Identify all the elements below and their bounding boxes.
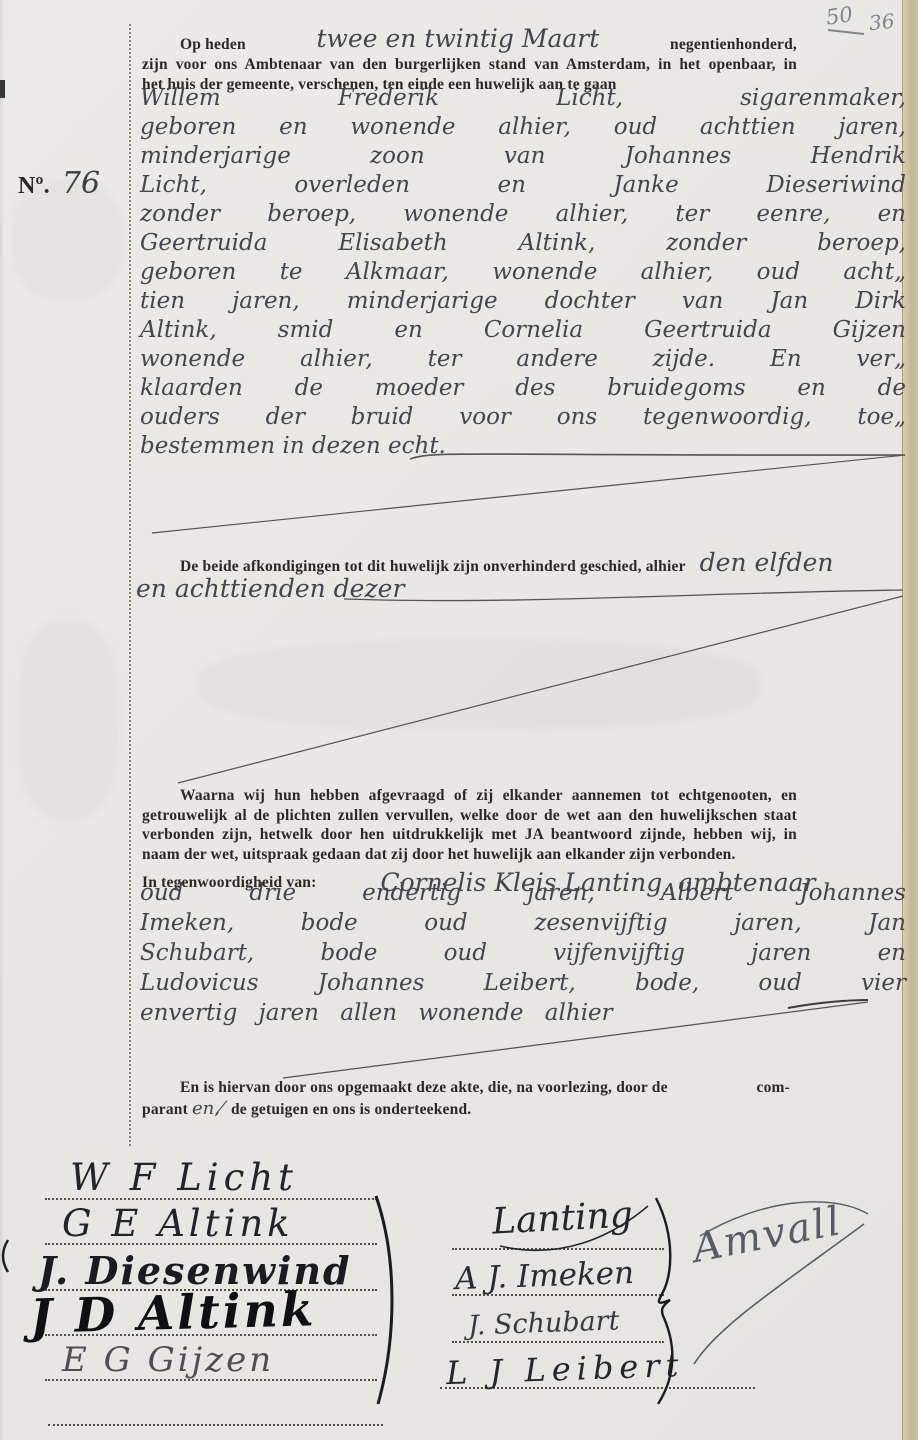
hw-line: geboren te Alkmaar, wonende alhier, oud …	[140, 258, 906, 287]
hw-line: Schubart, bode oud vijfenvijftig jaren e…	[140, 938, 906, 968]
closing-line1: En is hiervan door ons opgemaakt deze ak…	[142, 1078, 790, 1098]
closing-line1-text: En is hiervan door ons opgemaakt deze ak…	[180, 1078, 668, 1098]
page-left-edge	[0, 0, 4, 1440]
hw-line: minderjarige zoon van Johannes Hendrik	[140, 142, 906, 171]
witnesses-handwritten-block: oud drie endertig jaren, Albert Johannes…	[140, 878, 906, 1028]
hw-banns-date2: en achttienden dezer	[136, 574, 404, 603]
margin-dotted-rule	[129, 24, 131, 1146]
signature-groom: W F Licht	[70, 1156, 298, 1199]
intro-line1: Op heden twee en twintig Maart negentien…	[142, 26, 797, 55]
signature-official: Amvall	[689, 1198, 846, 1272]
signature-line	[48, 1424, 383, 1426]
closing-line2-start: parant	[142, 1101, 188, 1118]
vows-line3: verbonden zijn, hetwelk door hen uitdruk…	[142, 825, 797, 845]
banns-printed: De beide afkondigingen tot dit huwelijk …	[180, 558, 686, 575]
intro-prefix: Op heden	[180, 35, 246, 55]
signature-father-bride: J D Altink	[29, 1282, 317, 1344]
hw-banns-date1: den elfden	[700, 548, 834, 577]
marriage-certificate-page: { "colors":{"paper":"#e9e7e4","ink":"#46…	[0, 0, 918, 1440]
vows-line2: getrouwelijk al de plichten zullen vervu…	[142, 806, 797, 826]
hw-line: Willem Frederik Licht, sigarenmaker,	[140, 84, 906, 113]
act-number: Nº. 76	[18, 166, 100, 201]
signature-line	[452, 1248, 664, 1250]
hw-line: tien jaren, minderjarige dochter van Jan…	[140, 287, 906, 316]
closing-paragraph: En is hiervan door ons opgemaakt deze ak…	[142, 1078, 790, 1119]
closing-line1-end: com-	[756, 1078, 790, 1098]
act-number-value: 76	[62, 166, 100, 201]
strike-line	[152, 455, 905, 533]
signature-bride: G E Altink	[62, 1202, 294, 1245]
bleedthrough-smudge	[18, 620, 118, 820]
hw-line: wonende alhier, ter andere zijde. En ver…	[140, 345, 906, 374]
left-signatures-bracket	[376, 1196, 392, 1404]
hw-marriage-date: twee en twintig Maart	[246, 24, 670, 53]
hw-line: bestemmen in dezen echt.	[140, 432, 906, 461]
act-number-label: Nº.	[18, 173, 50, 199]
signature-line	[452, 1341, 664, 1343]
hw-line: Ludovicus Johannes Leibert, bode, oud vi…	[140, 968, 906, 998]
pencil-mark-right: 36	[868, 9, 896, 36]
hw-comparanten-suffix: en,⁄	[192, 1098, 223, 1119]
intro-year: negentienhonderd,	[670, 35, 797, 55]
hw-line: Geertruida Elisabeth Altink, zonder bero…	[140, 229, 906, 258]
signature-witness-imeken: A J. Imeken	[454, 1255, 634, 1297]
signature-witness-leibert: L J Leibert	[445, 1346, 685, 1392]
hw-line: geboren en wonende alhier, oud achttien …	[140, 113, 906, 142]
hw-line: Imeken, bode oud zesenvijftig jaren, Jan	[140, 908, 906, 938]
closing-line2: parant en,⁄ de getuigen en ons is ondert…	[142, 1098, 790, 1120]
hw-line: envertig jaren allen wonende alhier	[140, 998, 906, 1028]
bleedthrough-smudge	[200, 640, 760, 730]
pencil-underline	[828, 30, 864, 34]
vows-line1: Waarna wij hun hebben afgevraagd of zij …	[142, 786, 797, 806]
closing-line2-rest: de getuigen en ons is onderteekend.	[231, 1101, 471, 1118]
signature-mother-bride: E G Gijzen	[62, 1340, 274, 1380]
signature-witness-schubart: J. Schubart	[468, 1305, 620, 1341]
strike-line	[344, 590, 903, 601]
signature-witness-lanting: Lanting	[491, 1194, 634, 1242]
hw-line: Licht, overleden en Janke Dieseriwind	[140, 171, 906, 200]
parties-handwritten-block: Willem Frederik Licht, sigarenmaker, geb…	[140, 84, 906, 461]
pencil-mark-left: 50	[824, 2, 854, 29]
hw-line: ouders der bruid voor ons tegenwoordig, …	[140, 403, 906, 432]
hw-line: klaarden de moeder des bruidegoms en de	[140, 374, 906, 403]
vows-line4: naam der wet, uitspraak gedaan dat zij d…	[142, 845, 797, 865]
hw-line: oud drie endertig jaren, Albert Johannes	[140, 878, 906, 908]
hw-line: zonder beroep, wonende alhier, ter eenre…	[140, 200, 906, 229]
banns-line: De beide afkondigingen tot dit huwelijk …	[142, 548, 908, 577]
hw-line: Altink, smid en Cornelia Geertruida Gijz…	[140, 316, 906, 345]
intro-line2: zijn voor ons Ambtenaar van den burgerli…	[142, 55, 797, 75]
